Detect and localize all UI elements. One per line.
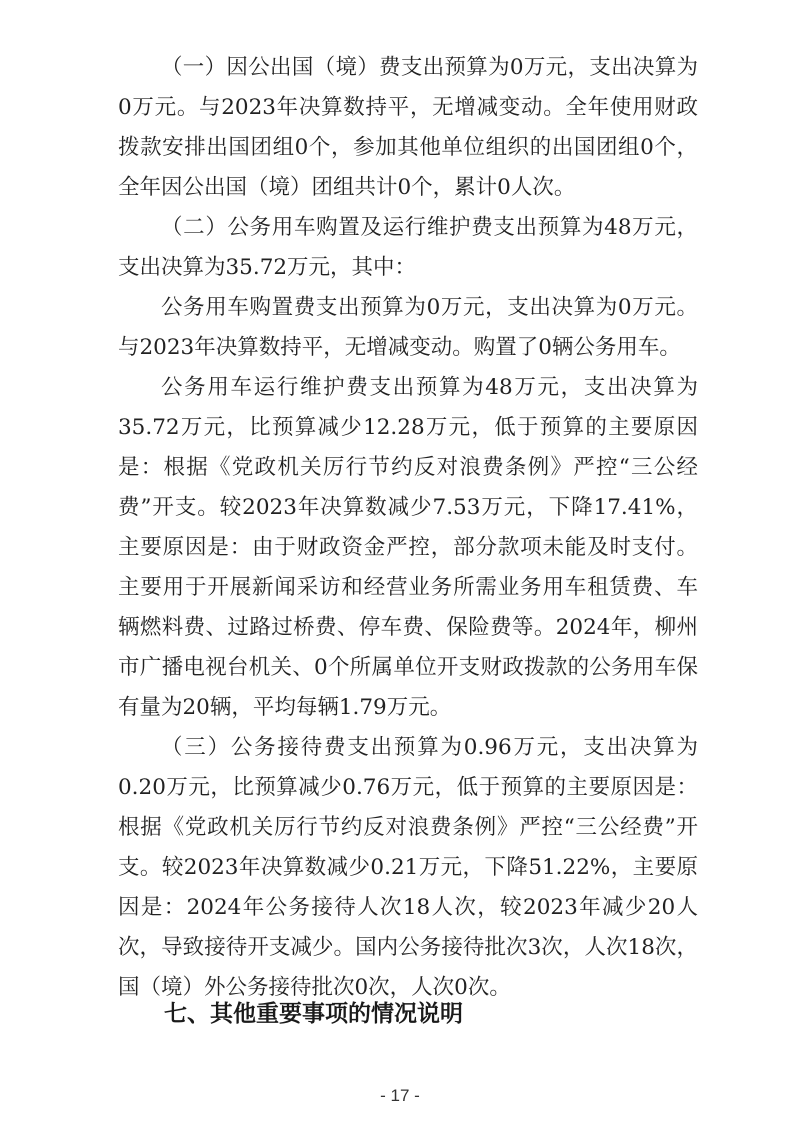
document-page: （一）因公出国（境）费支出预算为0万元，支出决算为0万元。与2023年决算数持平… [0, 0, 800, 1131]
document-body: （一）因公出国（境）费支出预算为0万元，支出决算为0万元。与2023年决算数持平… [118, 48, 698, 1008]
body-paragraph-1: （一）因公出国（境）费支出预算为0万元，支出决算为0万元。与2023年决算数持平… [118, 48, 698, 208]
section-heading: 七、其他重要事项的情况说明 [118, 996, 698, 1030]
body-paragraph-2: （二）公务用车购置及运行维护费支出预算为48万元，支出决算为35.72万元，其中… [118, 208, 698, 288]
body-paragraph-3: 公务用车购置费支出预算为0万元，支出决算为0万元。与2023年决算数持平，无增减… [118, 288, 698, 368]
body-paragraph-4: 公务用车运行维护费支出预算为48万元，支出决算为35.72万元，比预算减少12.… [118, 368, 698, 728]
page-number: - 17 - [0, 1086, 800, 1106]
body-paragraph-5: （三）公务接待费支出预算为0.96万元，支出决算为0.20万元，比预算减少0.7… [118, 728, 698, 1008]
